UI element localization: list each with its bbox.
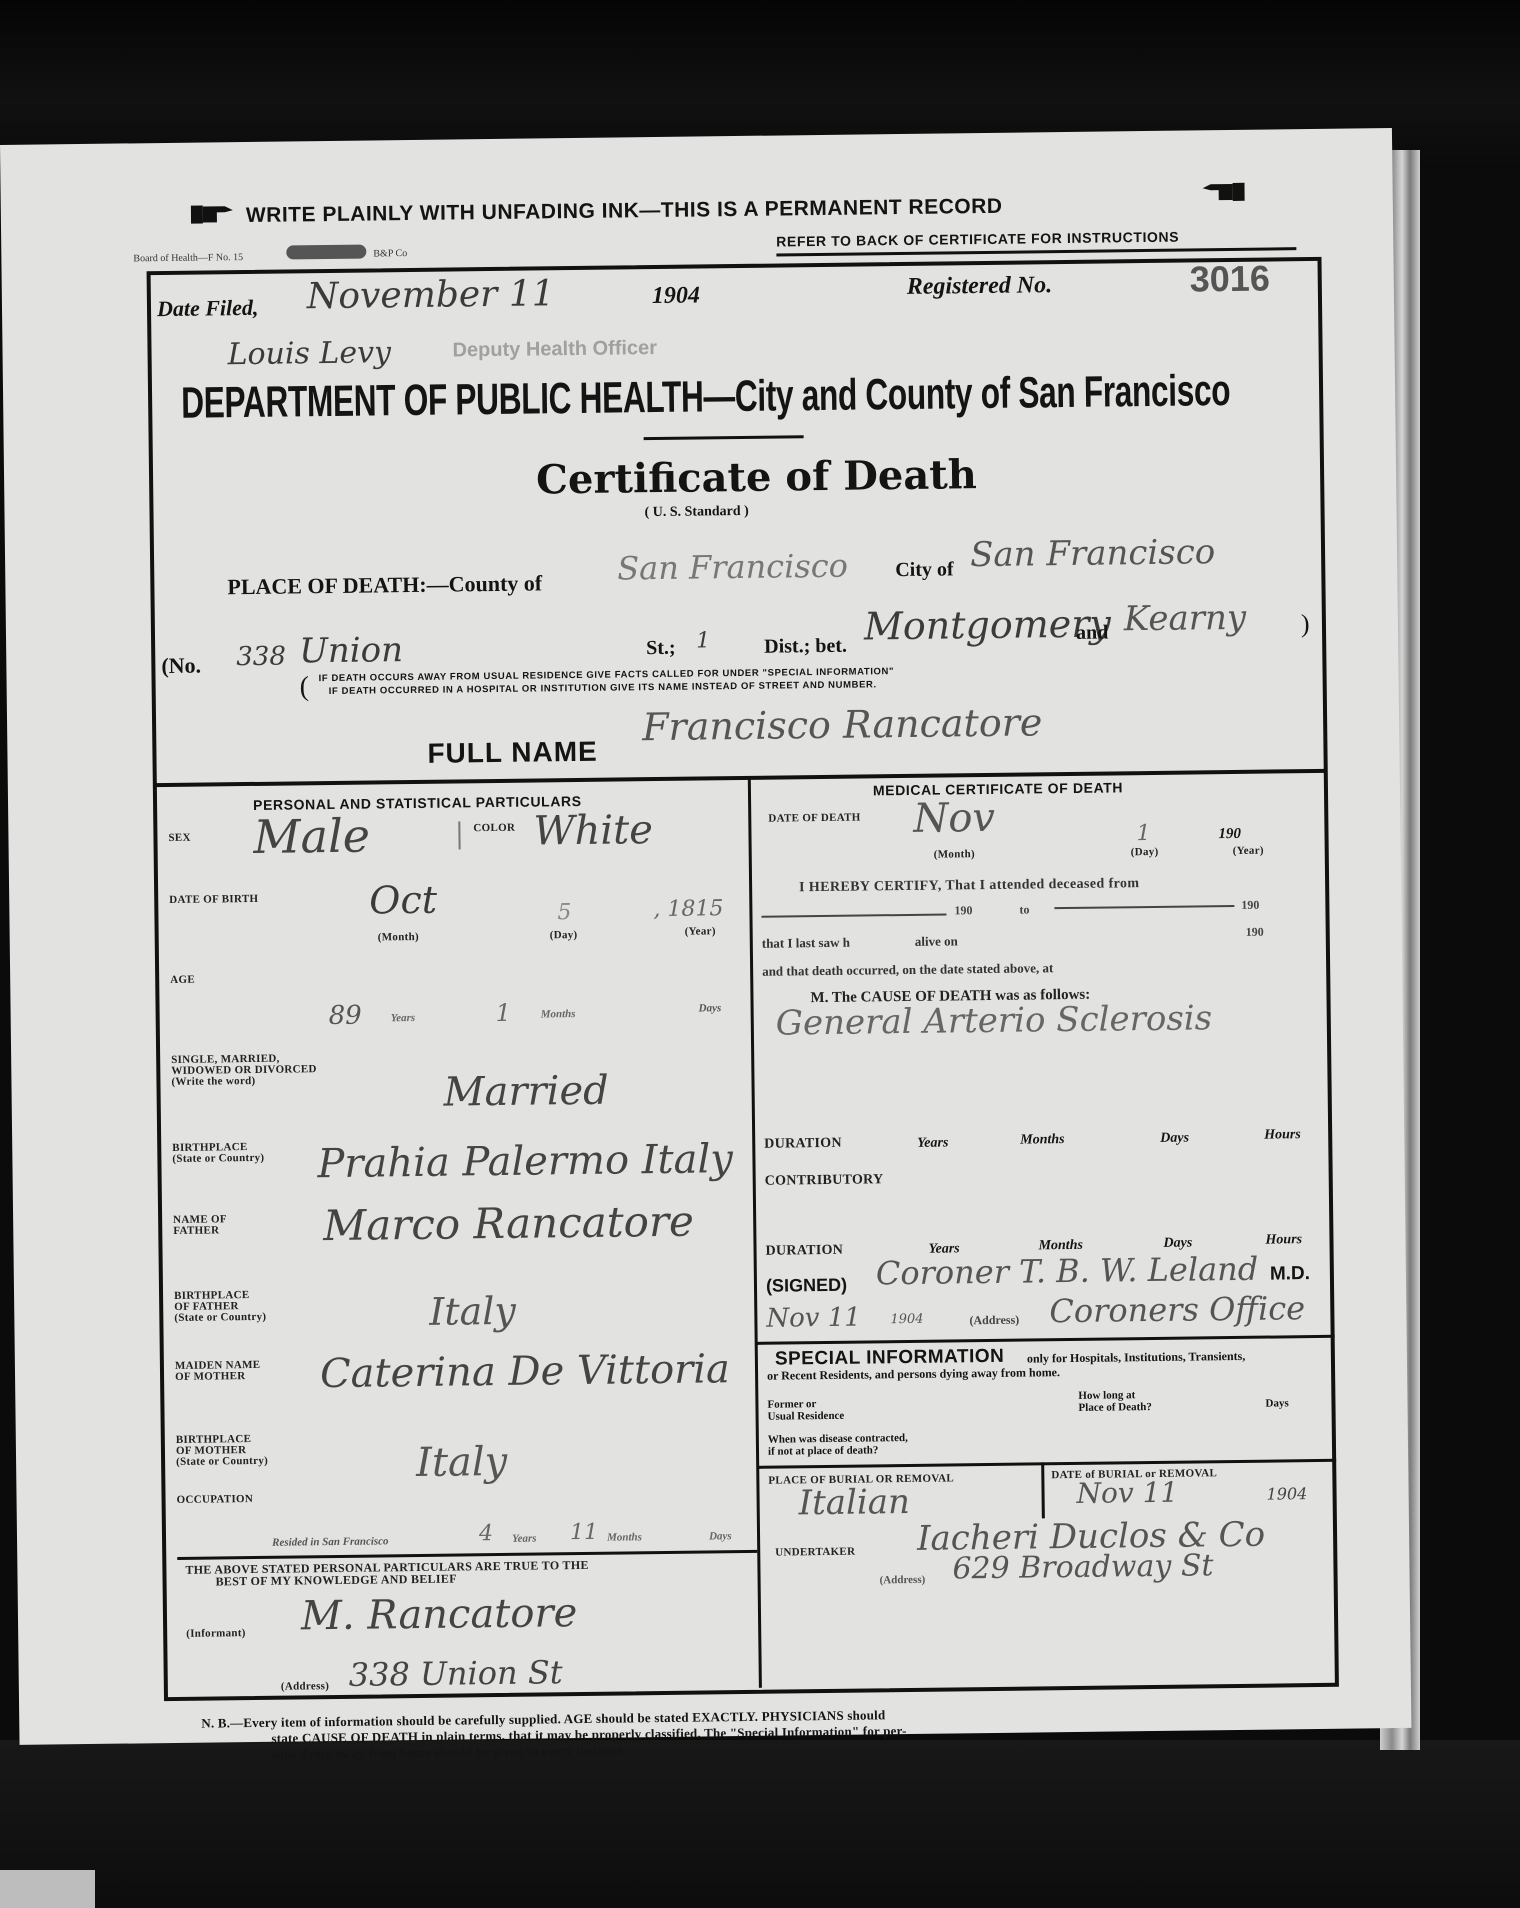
when-contracted-2: if not at place of death? [768, 1444, 878, 1457]
alive-190: 190 [1246, 925, 1264, 940]
father-label-2: FATHER [173, 1225, 219, 1237]
to-190: 190 [1241, 898, 1259, 913]
signed-address-label: (Address) [969, 1313, 1019, 1329]
county-value: San Francisco [617, 547, 848, 588]
sex-value: Male [253, 809, 370, 864]
to-label: to [1019, 902, 1029, 917]
filed-year: 1904 [652, 282, 700, 310]
mother-bp-label-3: (State or Country) [176, 1456, 268, 1468]
duration-years: Years [917, 1135, 948, 1151]
district-label: Dist.; bet. [764, 635, 847, 659]
officer-signature: Louis Levy [227, 335, 391, 372]
city-label: City of [895, 558, 954, 582]
mother-value: Caterina De Vittoria [320, 1346, 730, 1397]
undertaker-label: UNDERTAKER [775, 1547, 855, 1559]
signed-address: Coroners Office [1049, 1289, 1305, 1330]
informant-value: M. Rancatore [301, 1590, 578, 1639]
open-paren: ( [299, 671, 309, 703]
full-name-value: Francisco Rancatore [642, 700, 1043, 749]
date-filed-value: November 11 [307, 273, 555, 317]
dob-day: 5 [557, 900, 571, 925]
month-caption: (Month) [378, 932, 419, 944]
street-value: Union [299, 630, 403, 671]
father-value: Marco Rancatore [323, 1197, 694, 1251]
number-label: (No. [161, 653, 201, 679]
resided-months-caption: Months [607, 1531, 642, 1543]
close-paren: ) [1301, 609, 1310, 639]
dod-year-printed: 190 [1218, 826, 1241, 843]
signed-date: Nov 11 [766, 1303, 861, 1334]
mother-label-2: OF MOTHER [175, 1371, 246, 1383]
age-months-caption: Months [541, 1008, 576, 1020]
full-name-label: FULL NAME [427, 736, 598, 770]
father-bp-label-3: (State or Country) [174, 1312, 266, 1324]
burial-date: Nov 11 [1076, 1476, 1178, 1510]
sex-label: SEX [168, 833, 190, 844]
age-label: AGE [170, 975, 195, 986]
duration-hours: Hours [1264, 1127, 1301, 1143]
dod-month: Nov [913, 795, 995, 842]
duration-days: Days [1160, 1131, 1189, 1147]
us-standard: ( U. S. Standard ) [644, 504, 748, 521]
mother-birthplace-value: Italy [416, 1439, 508, 1486]
burial-place: Italian [798, 1482, 910, 1523]
when-contracted-1: When was disease contracted, [768, 1432, 908, 1446]
dob-year: , 1815 [653, 896, 723, 922]
scan-background-bottom [0, 1740, 1520, 1908]
attestation-line-2: BEST OF MY KNOWLEDGE AND BELIEF [216, 1574, 457, 1588]
signed-year: 1904 [890, 1312, 923, 1327]
date-filed-label: Date Filed, [157, 295, 259, 322]
day-caption: (Day) [550, 930, 578, 941]
md-label: M.D. [1270, 1263, 1310, 1285]
city-value: San Francisco [970, 532, 1216, 575]
registered-number: 3016 [1189, 257, 1270, 300]
marital-label-3: (Write the word) [171, 1076, 255, 1088]
dob-label: DATE OF BIRTH [169, 894, 258, 906]
former-residence-label-1: Former or [767, 1398, 816, 1411]
father-birthplace-value: Italy [429, 1289, 516, 1334]
and-label: and [1076, 621, 1109, 644]
pointing-hand-icon [1201, 180, 1245, 203]
dod-month-caption: (Month) [934, 849, 975, 861]
resided-label: Resided in San Francisco [272, 1535, 389, 1548]
contributory-label: CONTRIBUTORY [765, 1174, 884, 1186]
age-days-caption: Days [699, 1002, 722, 1014]
birthplace-label-2: (State or Country) [172, 1153, 264, 1165]
resided-days-caption: Days [709, 1530, 732, 1542]
duration-hours-2: Hours [1265, 1232, 1302, 1248]
dob-month: Oct [369, 878, 437, 923]
from-190: 190 [954, 903, 972, 918]
duration-months: Months [1020, 1132, 1065, 1149]
color-divider [458, 821, 460, 849]
how-long-days: Days [1265, 1397, 1288, 1409]
year-caption: (Year) [685, 926, 716, 937]
how-long-label-2: Place of Death? [1078, 1401, 1151, 1414]
signed-label: (SIGNED) [766, 1275, 847, 1297]
age-years: 89 [328, 1001, 361, 1031]
pointing-hand-icon [191, 202, 235, 225]
form-id: Board of Health—F No. 15 [133, 252, 243, 264]
signed-by: Coroner T. B. W. Leland [876, 1250, 1259, 1293]
instructions-note: REFER TO BACK OF CERTIFICATE FOR INSTRUC… [776, 229, 1179, 250]
paper-scrap [0, 1870, 95, 1908]
last-saw-label: that I last saw h [762, 935, 850, 952]
duration-label: DURATION [764, 1138, 842, 1150]
between-street-2: Kearny [1124, 598, 1247, 639]
dod-day-caption: (Day) [1131, 847, 1159, 858]
printer-mark: B&P Co [373, 248, 407, 259]
special-note-1: only for Hospitals, Institutions, Transi… [1027, 1349, 1246, 1367]
former-residence-label-2: Usual Residence [768, 1410, 845, 1423]
death-certificate: WRITE PLAINLY WITH UNFADING INK—THIS IS … [0, 128, 1411, 1745]
age-months: 1 [495, 999, 511, 1027]
duration-days-2: Days [1163, 1236, 1192, 1252]
marital-value: Married [443, 1068, 609, 1116]
informant-address-label: (Address) [281, 1681, 329, 1693]
st-value: 1 [696, 628, 710, 653]
age-years-caption: Years [391, 1012, 416, 1024]
officer-title: Deputy Health Officer [452, 337, 657, 362]
informant-address: 338 Union St [348, 1653, 562, 1694]
burial-year: 1904 [1266, 1484, 1307, 1503]
dod-label: DATE OF DEATH [768, 813, 860, 825]
undertaker-address-label: (Address) [880, 1574, 926, 1587]
between-street-1: Montgomery [864, 601, 1111, 648]
undertaker-address: 629 Broadway St [952, 1548, 1213, 1586]
resided-years-caption: Years [512, 1533, 537, 1545]
place-of-death-label: PLACE OF DEATH:—County of [227, 570, 542, 600]
dod-day: 1 [1136, 821, 1150, 846]
duration-label-2: DURATION [766, 1245, 844, 1257]
ink-warning: WRITE PLAINLY WITH UNFADING INK—THIS IS … [246, 195, 1003, 228]
cause-value: General Arterio Sclerosis [776, 998, 1213, 1043]
how-long-label-1: How long at [1078, 1389, 1135, 1402]
informant-label: (Informant) [186, 1628, 246, 1640]
alive-on-label: alive on [915, 933, 958, 950]
color-label: COLOR [473, 823, 515, 835]
birthplace-value: Prahia Palermo Italy [317, 1136, 733, 1187]
street-label: St.; [646, 637, 676, 660]
medical-heading: MEDICAL CERTIFICATE OF DEATH [873, 779, 1123, 798]
certificate-title: Certificate of Death [536, 451, 977, 503]
house-number: 338 [236, 642, 286, 673]
occupation-label: OCCUPATION [177, 1494, 254, 1506]
resided-years: 4 [479, 1521, 493, 1546]
resided-months: 11 [570, 1520, 598, 1545]
color-value: White [533, 807, 653, 854]
seal-icon [286, 245, 366, 260]
registered-no-label: Registered No. [907, 272, 1053, 301]
dod-year-caption: (Year) [1233, 846, 1264, 857]
